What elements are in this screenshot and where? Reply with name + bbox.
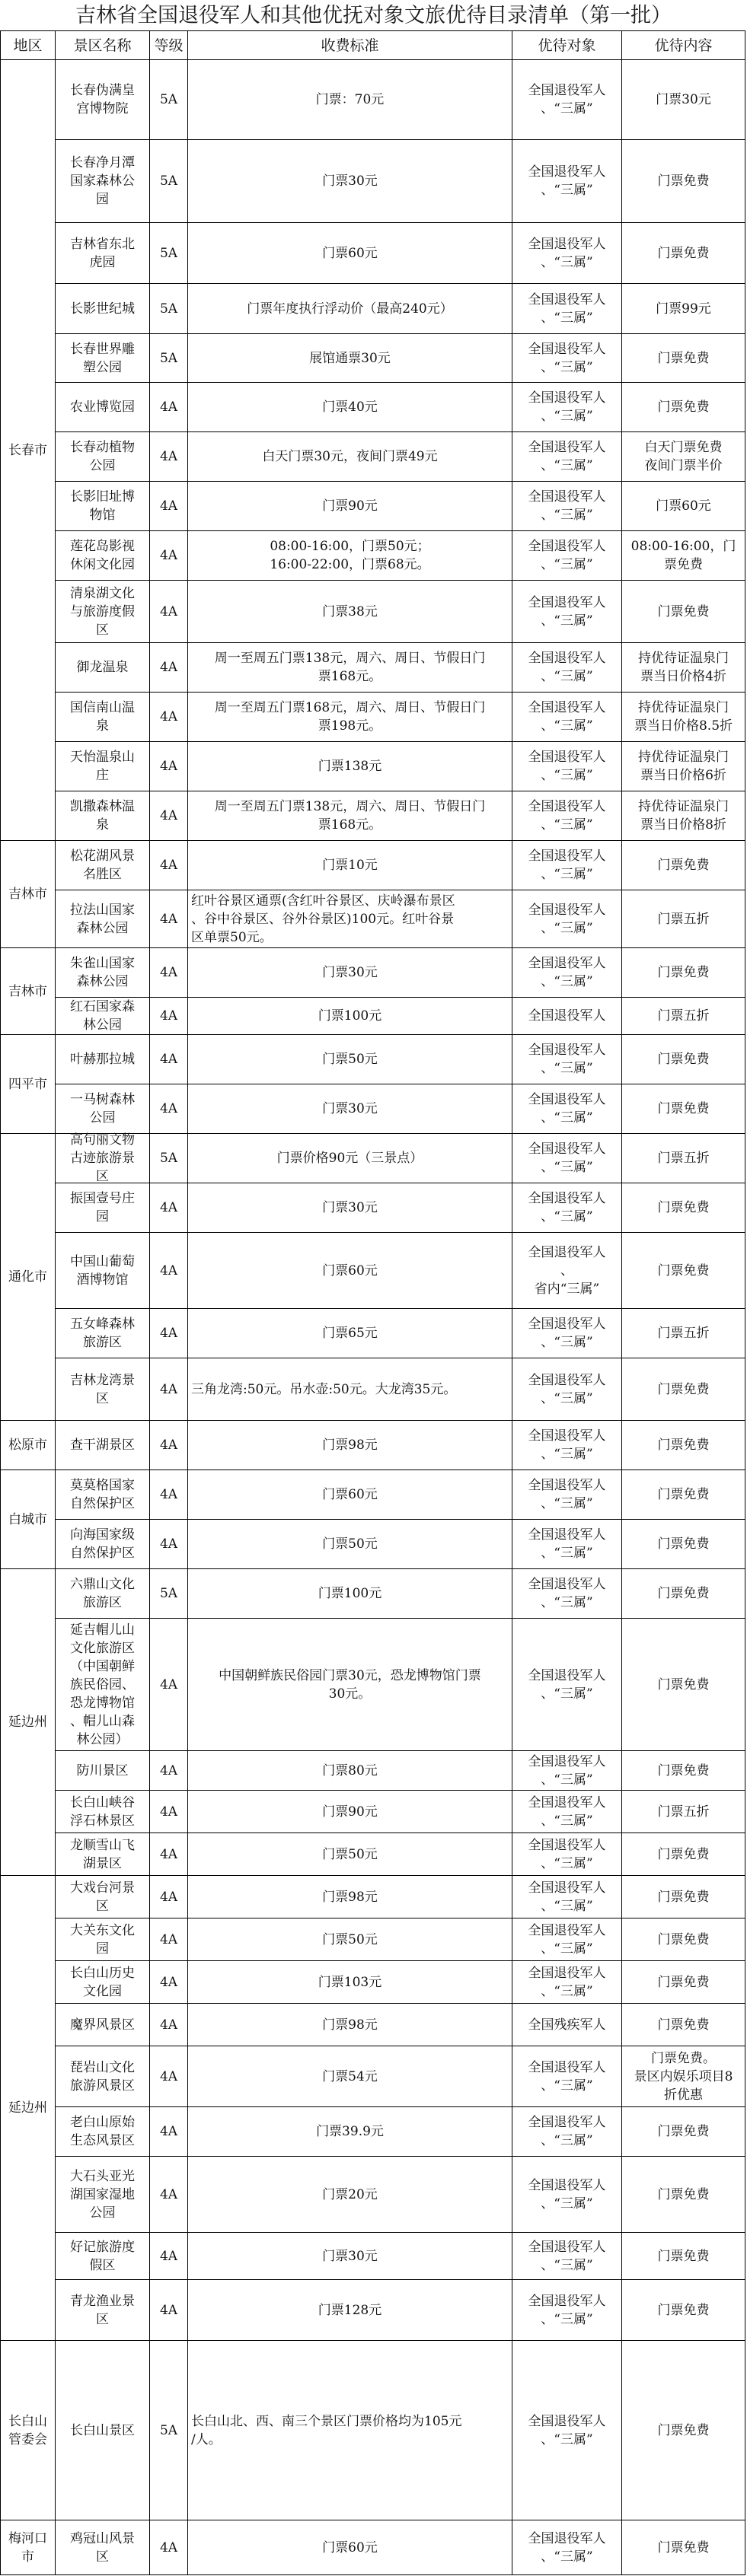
benefit-content: 门票免费 — [621, 1960, 745, 2004]
benefit-content: 门票免费 — [621, 2520, 745, 2575]
benefit-target: 全国退役军人 、“三属” — [512, 1832, 622, 1876]
benefit-target: 全国退役军人 、“三属” — [512, 1568, 622, 1619]
region-cell: 吉林市 — [0, 947, 56, 1035]
scenic-name: 防川景区 — [55, 1750, 150, 1791]
fee-standard: 门票60元 — [187, 222, 512, 284]
benefit-target: 全国退役军人 、“三属” — [512, 2232, 622, 2280]
benefit-content: 门票五折 — [621, 997, 745, 1035]
benefit-target: 全国退役军人 、“三属” — [512, 1034, 622, 1084]
fee-standard: 门票30元 — [187, 947, 512, 998]
scenic-name: 魔界风景区 — [55, 2003, 150, 2046]
benefit-content: 门票免费 — [621, 1832, 745, 1876]
fee-standard: 中国朝鲜族民俗园门票30元，恐龙博物馆门票 30元。 — [187, 1618, 512, 1751]
scenic-level: 4A — [149, 1918, 188, 1961]
benefit-target: 全国退役军人 、“三属” — [512, 692, 622, 742]
scenic-level: 4A — [149, 692, 188, 742]
scenic-level: 5A — [149, 1568, 188, 1619]
scenic-level: 4A — [149, 2046, 188, 2107]
scenic-level: 5A — [149, 283, 188, 334]
benefit-content: 门票免费 — [621, 2156, 745, 2233]
benefit-content: 门票免费 — [621, 382, 745, 432]
fee-standard: 门票30元 — [187, 1183, 512, 1233]
benefit-target: 全国退役军人 、 省内“三属” — [512, 1232, 622, 1309]
scenic-name: 大石头亚光 湖国家湿地 公园 — [55, 2156, 150, 2233]
fee-standard: 白天门票30元，夜间门票49元 — [187, 431, 512, 482]
scenic-level: 4A — [149, 741, 188, 791]
scenic-name: 御龙温泉 — [55, 642, 150, 693]
benefit-target: 全国退役军人 、“三属” — [512, 1790, 622, 1833]
region-cell: 延边州 — [0, 1568, 56, 1876]
benefit-target: 全国退役军人 、“三属” — [512, 1133, 622, 1183]
benefit-target: 全国退役军人 、“三属” — [512, 1519, 622, 1569]
scenic-level: 4A — [149, 1618, 188, 1751]
scenic-level: 4A — [149, 2106, 188, 2157]
fee-standard: 门票50元 — [187, 1519, 512, 1569]
scenic-name: 大关东文化 园 — [55, 1918, 150, 1961]
fee-standard: 门票60元 — [187, 2520, 512, 2575]
benefit-target: 全国退役军人 、“三属” — [512, 1750, 622, 1791]
benefit-content: 门票免费 — [621, 333, 745, 383]
region-cell: 白城市 — [0, 1469, 56, 1569]
scenic-name: 松花湖风景 名胜区 — [55, 840, 150, 890]
scenic-level: 4A — [149, 1519, 188, 1569]
benefit-content: 门票免费 — [621, 1519, 745, 1569]
benefit-target: 全国退役军人 、“三属” — [512, 530, 622, 581]
scenic-name: 国信南山温 泉 — [55, 692, 150, 742]
fee-standard: 周一至周五门票138元，周六、周日、节假日门 票168元。 — [187, 642, 512, 693]
benefit-target: 全国退役军人 、“三属” — [512, 1875, 622, 1918]
scenic-level: 4A — [149, 2156, 188, 2233]
benefit-target: 全国退役军人 、“三属” — [512, 791, 622, 841]
benefit-content: 门票五折 — [621, 1133, 745, 1183]
scenic-level: 4A — [149, 2279, 188, 2341]
benefit-content: 门票免费 — [621, 2232, 745, 2280]
scenic-name: 拉法山国家 森林公园 — [55, 890, 150, 948]
header-target: 优待对象 — [512, 30, 622, 60]
benefit-content: 门票五折 — [621, 890, 745, 948]
scenic-name: 向海国家级 自然保护区 — [55, 1519, 150, 1569]
scenic-level: 4A — [149, 1960, 188, 2004]
benefit-content: 门票60元 — [621, 481, 745, 531]
benefit-content: 门票五折 — [621, 1790, 745, 1833]
benefit-target: 全国退役军人 、“三属” — [512, 1183, 622, 1233]
scenic-name: 长影世纪城 — [55, 283, 150, 334]
benefit-content: 持优待证温泉门 票当日价格4折 — [621, 642, 745, 693]
benefit-target: 全国退役军人 、“三属” — [512, 642, 622, 693]
benefit-target: 全国退役军人 、“三属” — [512, 840, 622, 890]
scenic-name: 青龙渔业景 区 — [55, 2279, 150, 2341]
header-level: 等级 — [149, 30, 188, 60]
scenic-name: 长春伪满皇 宫博物院 — [55, 59, 150, 140]
scenic-name: 六鼎山文化 旅游区 — [55, 1568, 150, 1619]
scenic-name: 长影旧址博 物馆 — [55, 481, 150, 531]
scenic-level: 4A — [149, 2003, 188, 2046]
benefit-target: 全国退役军人 、“三属” — [512, 580, 622, 643]
scenic-name: 振国壹号庄 园 — [55, 1183, 150, 1233]
fee-standard: 周一至周五门票168元，周六、周日、节假日门 票198元。 — [187, 692, 512, 742]
fee-standard: 门票50元 — [187, 1832, 512, 1876]
benefit-target: 全国退役军人 、“三属” — [512, 2340, 622, 2520]
fee-standard: 08:00-16:00，门票50元； 16:00-22:00，门票68元。 — [187, 530, 512, 581]
fee-standard: 门票50元 — [187, 1918, 512, 1961]
fee-standard: 门票20元 — [187, 2156, 512, 2233]
fee-standard: 门票98元 — [187, 2003, 512, 2046]
scenic-level: 4A — [149, 642, 188, 693]
benefit-target: 全国退役军人 、“三属” — [512, 2520, 622, 2575]
fee-standard: 门票50元 — [187, 1034, 512, 1084]
scenic-name: 高句丽文物 古迹旅游景 区 — [55, 1133, 150, 1183]
benefit-content: 门票免费 — [621, 1084, 745, 1134]
benefit-target: 全国退役军人 、“三属” — [512, 1308, 622, 1358]
scenic-name: 吉林龙湾景 区 — [55, 1358, 150, 1421]
scenic-name: 吉林省东北 虎园 — [55, 222, 150, 284]
benefit-target: 全国退役军人 、“三属” — [512, 1960, 622, 2004]
scenic-level: 5A — [149, 333, 188, 383]
benefit-content: 门票免费。 景区内娱乐项目8 折优惠 — [621, 2046, 745, 2107]
fee-standard: 三角龙湾:50元。吊水壶:50元。大龙湾35元。 — [187, 1358, 512, 1421]
benefit-content: 门票免费 — [621, 2340, 745, 2520]
benefit-content: 门票免费 — [621, 1034, 745, 1084]
region-cell: 梅河口 市 — [0, 2520, 56, 2575]
region-cell: 四平市 — [0, 1034, 56, 1134]
fee-standard: 门票98元 — [187, 1875, 512, 1918]
benefit-content: 门票免费 — [621, 2003, 745, 2046]
scenic-level: 4A — [149, 1469, 188, 1520]
scenic-name: 长春净月潭 国家森林公 园 — [55, 139, 150, 223]
region-cell: 长白山 管委会 — [0, 2340, 56, 2520]
scenic-level: 4A — [149, 1875, 188, 1918]
benefit-content: 持优待证温泉门 票当日价格8折 — [621, 791, 745, 841]
fee-standard: 门票138元 — [187, 741, 512, 791]
benefit-target: 全国退役军人 、“三属” — [512, 741, 622, 791]
benefit-content: 持优待证温泉门 票当日价格8.5折 — [621, 692, 745, 742]
scenic-level: 5A — [149, 2340, 188, 2520]
scenic-level: 4A — [149, 947, 188, 998]
fee-standard: 红叶谷景区通票(含红叶谷景区、庆岭瀑布景区 、谷中谷景区、谷外谷景区)100元。… — [187, 890, 512, 948]
page-title: 吉林省全国退役军人和其他优抚对象文旅优待目录清单（第一批） — [0, 3, 747, 29]
scenic-level: 5A — [149, 139, 188, 223]
fee-standard: 门票100元 — [187, 997, 512, 1035]
scenic-level: 4A — [149, 1358, 188, 1421]
region-cell: 通化市 — [0, 1133, 56, 1421]
fee-standard: 门票90元 — [187, 1790, 512, 1833]
benefit-target: 全国退役军人 — [512, 997, 622, 1035]
fee-standard: 门票100元 — [187, 1568, 512, 1619]
fee-standard: 长白山北、西、南三个景区门票价格均为105元 /人。 — [187, 2340, 512, 2520]
scenic-level: 4A — [149, 2520, 188, 2575]
benefit-content: 白天门票免费 夜间门票半价 — [621, 431, 745, 482]
scenic-name: 龙顺雪山飞 湖景区 — [55, 1832, 150, 1876]
benefit-target: 全国退役军人 、“三属” — [512, 382, 622, 432]
scenic-name: 叶赫那拉城 — [55, 1034, 150, 1084]
benefit-content: 门票免费 — [621, 1183, 745, 1233]
scenic-level: 4A — [149, 2232, 188, 2280]
benefit-target: 全国退役军人 、“三属” — [512, 333, 622, 383]
benefit-target: 全国退役军人 、“三属” — [512, 2279, 622, 2341]
benefit-content: 门票免费 — [621, 1750, 745, 1791]
benefit-content: 门票免费 — [621, 1420, 745, 1470]
benefit-target: 全国退役军人 、“三属” — [512, 890, 622, 948]
benefit-target: 全国退役军人 、“三属” — [512, 139, 622, 223]
benefit-content: 门票免费 — [621, 1358, 745, 1421]
fee-standard: 门票54元 — [187, 2046, 512, 2107]
scenic-name: 五女峰森林 旅游区 — [55, 1308, 150, 1358]
benefit-target: 全国退役军人 、“三属” — [512, 481, 622, 531]
benefit-target: 全国退役军人 、“三属” — [512, 2156, 622, 2233]
region-cell: 延边州 — [0, 1875, 56, 2341]
scenic-level: 4A — [149, 1308, 188, 1358]
fee-standard: 门票38元 — [187, 580, 512, 643]
benefit-content: 门票免费 — [621, 1875, 745, 1918]
scenic-name: 中国山葡萄 酒博物馆 — [55, 1232, 150, 1309]
scenic-name: 长春世界雕 塑公园 — [55, 333, 150, 383]
header-benefit: 优待内容 — [621, 30, 745, 60]
scenic-level: 4A — [149, 431, 188, 482]
fee-standard: 门票60元 — [187, 1232, 512, 1309]
benefit-content: 门票免费 — [621, 840, 745, 890]
scenic-level: 5A — [149, 59, 188, 140]
benefit-content: 门票免费 — [621, 1232, 745, 1309]
benefit-content: 门票免费 — [621, 947, 745, 998]
scenic-level: 4A — [149, 530, 188, 581]
fee-standard: 门票128元 — [187, 2279, 512, 2341]
benefit-content: 门票免费 — [621, 1618, 745, 1751]
scenic-name: 朱雀山国家 森林公园 — [55, 947, 150, 998]
benefit-target: 全国退役军人 、“三属” — [512, 1084, 622, 1134]
scenic-name: 琵岩山文化 旅游风景区 — [55, 2046, 150, 2107]
scenic-name: 长春动植物 公园 — [55, 431, 150, 482]
benefit-target: 全国退役军人 、“三属” — [512, 1918, 622, 1961]
scenic-level: 4A — [149, 1034, 188, 1084]
scenic-level: 4A — [149, 1183, 188, 1233]
fee-standard: 门票98元 — [187, 1420, 512, 1470]
scenic-level: 5A — [149, 1133, 188, 1183]
benefit-content: 门票免费 — [621, 139, 745, 223]
scenic-level: 4A — [149, 791, 188, 841]
scenic-name: 鸡冠山风景 区 — [55, 2520, 150, 2575]
scenic-level: 4A — [149, 1420, 188, 1470]
fee-standard: 门票60元 — [187, 1469, 512, 1520]
benefit-content: 门票免费 — [621, 1469, 745, 1520]
scenic-name: 农业博览园 — [55, 382, 150, 432]
fee-standard: 门票80元 — [187, 1750, 512, 1791]
benefit-target: 全国退役军人 、“三属” — [512, 947, 622, 998]
scenic-name: 好记旅游度 假区 — [55, 2232, 150, 2280]
scenic-name: 凯撒森林温 泉 — [55, 791, 150, 841]
scenic-level: 4A — [149, 997, 188, 1035]
scenic-level: 4A — [149, 1790, 188, 1833]
benefit-content: 门票免费 — [621, 2279, 745, 2341]
fee-standard: 门票90元 — [187, 481, 512, 531]
region-cell: 松原市 — [0, 1420, 56, 1470]
benefit-target: 全国退役军人 、“三属” — [512, 2106, 622, 2157]
scenic-name: 大戏台河景 区 — [55, 1875, 150, 1918]
fee-standard: 周一至周五门票138元，周六、周日、节假日门 票168元。 — [187, 791, 512, 841]
benefit-content: 门票免费 — [621, 2106, 745, 2157]
benefit-target: 全国退役军人 、“三属” — [512, 283, 622, 334]
fee-standard: 门票：70元 — [187, 59, 512, 140]
scenic-name: 长白山历史 文化园 — [55, 1960, 150, 2004]
fee-standard: 门票30元 — [187, 2232, 512, 2280]
scenic-level: 4A — [149, 1832, 188, 1876]
benefit-target: 全国退役军人 、“三属” — [512, 1420, 622, 1470]
scenic-name: 延吉帽儿山 文化旅游区 （中国朝鲜 族民俗园、 恐龙博物馆 、帽儿山森 林公园） — [55, 1618, 150, 1751]
benefit-content: 门票30元 — [621, 59, 745, 140]
benefit-content: 门票免费 — [621, 580, 745, 643]
scenic-name: 清泉湖文化 与旅游度假 区 — [55, 580, 150, 643]
benefit-content: 08:00-16:00，门 票免费 — [621, 530, 745, 581]
fee-standard: 门票103元 — [187, 1960, 512, 2004]
benefit-target: 全国残疾军人 — [512, 2003, 622, 2046]
fee-standard: 门票65元 — [187, 1308, 512, 1358]
benefit-content: 门票免费 — [621, 1568, 745, 1619]
benefit-target: 全国退役军人 、“三属” — [512, 1469, 622, 1520]
benefit-target: 全国退役军人 、“三属” — [512, 1618, 622, 1751]
header-name: 景区名称 — [55, 30, 150, 60]
scenic-name: 红石国家森 林公园 — [55, 997, 150, 1035]
region-cell: 长春市 — [0, 59, 56, 841]
scenic-level: 4A — [149, 1232, 188, 1309]
benefit-content: 门票免费 — [621, 222, 745, 284]
benefit-target: 全国退役军人 、“三属” — [512, 2046, 622, 2107]
region-cell: 吉林市 — [0, 840, 56, 948]
fee-standard: 展馆通票30元 — [187, 333, 512, 383]
fee-standard: 门票40元 — [187, 382, 512, 432]
fee-standard: 门票10元 — [187, 840, 512, 890]
fee-standard: 门票年度执行浮动价（最高240元） — [187, 283, 512, 334]
scenic-name: 莲花岛影视 休闲文化园 — [55, 530, 150, 581]
scenic-level: 4A — [149, 382, 188, 432]
scenic-name: 莫莫格国家 自然保护区 — [55, 1469, 150, 1520]
benefit-content: 门票免费 — [621, 1918, 745, 1961]
scenic-name: 老白山原始 生态风景区 — [55, 2106, 150, 2157]
scenic-level: 4A — [149, 481, 188, 531]
scenic-level: 4A — [149, 1084, 188, 1134]
scenic-name: 天怡温泉山 庄 — [55, 741, 150, 791]
benefit-content: 门票99元 — [621, 283, 745, 334]
benefit-target: 全国退役军人 、“三属” — [512, 1358, 622, 1421]
benefit-target: 全国退役军人 、“三属” — [512, 431, 622, 482]
fee-standard: 门票价格90元（三景点） — [187, 1133, 512, 1183]
scenic-level: 4A — [149, 1750, 188, 1791]
header-region: 地区 — [0, 30, 56, 60]
benefit-target: 全国退役军人 、“三属” — [512, 59, 622, 140]
scenic-level: 4A — [149, 580, 188, 643]
scenic-level: 5A — [149, 222, 188, 284]
scenic-name: 一马树森林 公园 — [55, 1084, 150, 1134]
scenic-level: 4A — [149, 890, 188, 948]
scenic-name: 长白山峡谷 浮石林景区 — [55, 1790, 150, 1833]
benefit-content: 门票五折 — [621, 1308, 745, 1358]
benefit-content: 持优待证温泉门 票当日价格6折 — [621, 741, 745, 791]
benefit-target: 全国退役军人 、“三属” — [512, 222, 622, 284]
fee-standard: 门票30元 — [187, 1084, 512, 1134]
scenic-level: 4A — [149, 840, 188, 890]
fee-standard: 门票30元 — [187, 139, 512, 223]
header-fee: 收费标准 — [187, 30, 512, 60]
fee-standard: 门票39.9元 — [187, 2106, 512, 2157]
scenic-name: 查干湖景区 — [55, 1420, 150, 1470]
scenic-name: 长白山景区 — [55, 2340, 150, 2520]
